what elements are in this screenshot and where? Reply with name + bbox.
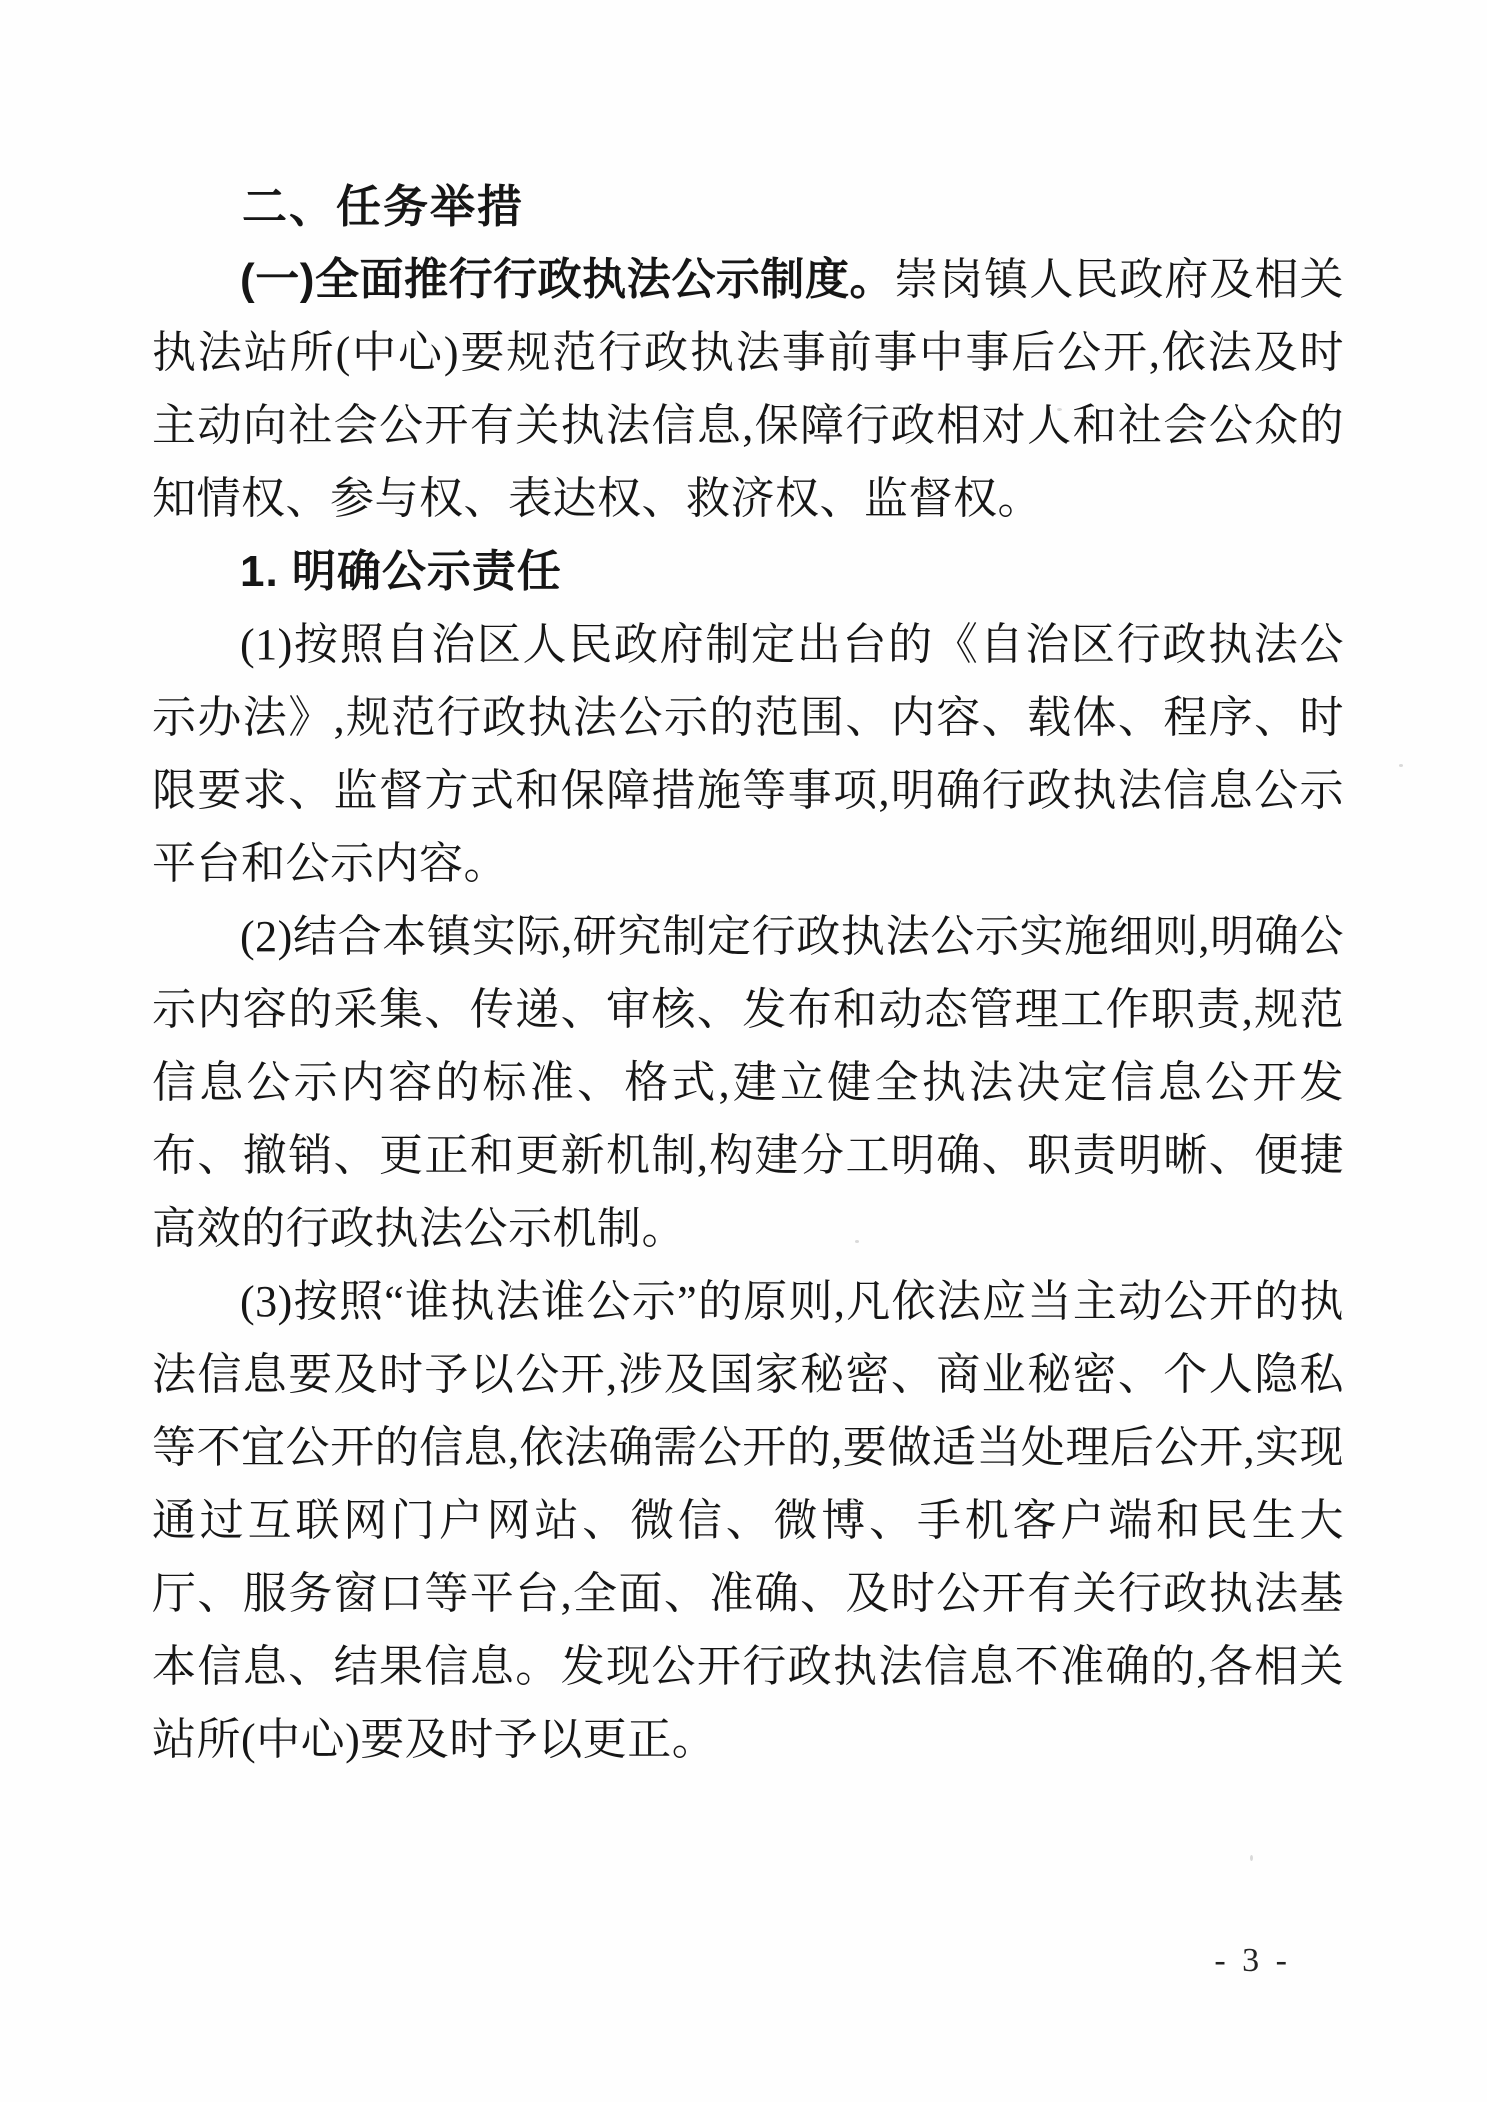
paragraph-item-2: (2)结合本镇实际,研究制定行政执法公示实施细则,明确公示内容的采集、传递、审核… — [152, 900, 1344, 1265]
lead-paragraph-bold-title: (一)全面推行行政执法公示制度。 — [240, 255, 894, 304]
section-heading: 二、任务举措 — [152, 170, 1344, 243]
page-number: - 3 - — [1214, 1942, 1291, 1980]
paragraph-item-1: (1)按照自治区人民政府制定出台的《自治区行政执法公示办法》,规范行政执法公示的… — [152, 608, 1344, 900]
document-body: 二、任务举措 (一)全面推行行政执法公示制度。崇岗镇人民政府及相关执法站所(中心… — [152, 170, 1344, 1776]
scan-speck — [1250, 1855, 1253, 1861]
scan-speck — [855, 1240, 859, 1243]
document-page: 二、任务举措 (一)全面推行行政执法公示制度。崇岗镇人民政府及相关执法站所(中心… — [0, 0, 1487, 2102]
scan-speck — [1140, 940, 1144, 944]
scan-speck — [1399, 764, 1403, 767]
subsection-heading: 1. 明确公示责任 — [152, 535, 1344, 608]
scan-speck — [1057, 408, 1062, 411]
lead-paragraph: (一)全面推行行政执法公示制度。崇岗镇人民政府及相关执法站所(中心)要规范行政执… — [152, 243, 1344, 535]
paragraph-item-3: (3)按照“谁执法谁公示”的原则,凡依法应当主动公开的执法信息要及时予以公开,涉… — [152, 1265, 1344, 1776]
